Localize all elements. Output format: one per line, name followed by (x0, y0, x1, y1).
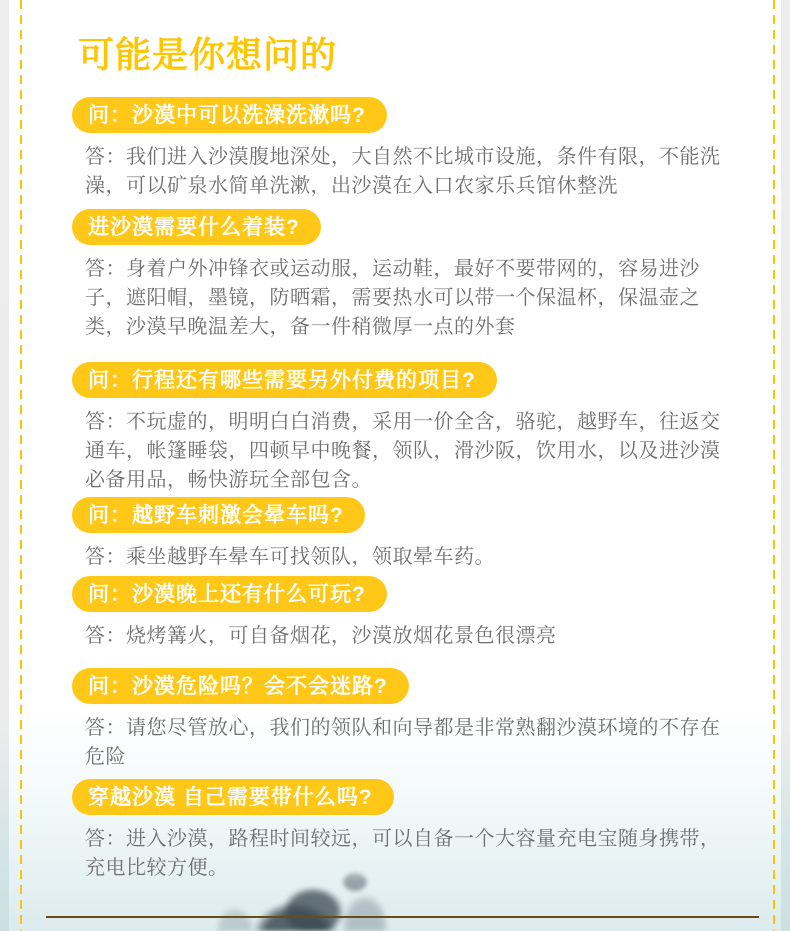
page-title: 可能是你想问的 (78, 27, 337, 78)
question-pill: 问：越野车刺激会晕车吗? (72, 497, 365, 533)
answer-text: 答：身着户外冲锋衣或运动服，运动鞋，最好不要带网的，容易进沙子，遮阳帽，墨镜，防… (85, 255, 730, 342)
question-pill: 问：沙漠危险吗？会不会迷路? (72, 668, 409, 704)
answer-text: 答：我们进入沙漠腹地深处，大自然不比城市设施，条件有限，不能洗澡，可以矿泉水简单… (85, 143, 730, 201)
faq-item: 进沙漠需要什么着装? 答：身着户外冲锋衣或运动服，运动鞋，最好不要带网的，容易进… (0, 209, 790, 342)
faq-item: 问：越野车刺激会晕车吗? 答：乘坐越野车晕车可找领队，领取晕车药。 (0, 497, 790, 572)
answer-text: 答：进入沙漠，路程时间较远，可以自备一个大容量充电宝随身携带，充电比较方便。 (85, 825, 730, 883)
faq-item: 问：沙漠晚上还有什么可玩? 答：烧烤篝火，可自备烟花，沙漠放烟花景色很漂亮 (0, 576, 790, 651)
question-pill: 问：沙漠晚上还有什么可玩? (72, 576, 387, 612)
question-pill: 问：行程还有哪些需要另外付费的项目? (72, 362, 497, 398)
left-margin-strip (0, 0, 9, 931)
answer-text: 答：不玩虚的，明明白白消费，采用一价全含，骆驼，越野车，往返交通车，帐篷睡袋，四… (85, 408, 730, 495)
right-dashed-border (773, 0, 775, 931)
faq-item: 问：沙漠中可以洗澡洗漱吗? 答：我们进入沙漠腹地深处，大自然不比城市设施，条件有… (0, 97, 790, 201)
question-pill: 进沙漠需要什么着装? (72, 209, 321, 245)
question-pill: 穿越沙漠 自己需要带什么吗? (72, 779, 394, 815)
faq-item: 穿越沙漠 自己需要带什么吗? 答：进入沙漠，路程时间较远，可以自备一个大容量充电… (0, 779, 790, 883)
bottom-divider (46, 916, 759, 918)
right-margin-strip (781, 0, 790, 931)
left-dashed-border (20, 0, 22, 931)
answer-text: 答：请您尽管放心，我们的领队和向导都是非常熟翻沙漠环境的不存在危险 (85, 714, 730, 772)
faq-item: 问：沙漠危险吗？会不会迷路? 答：请您尽管放心，我们的领队和向导都是非常熟翻沙漠… (0, 668, 790, 772)
answer-text: 答：烧烤篝火，可自备烟花，沙漠放烟花景色很漂亮 (85, 622, 730, 651)
answer-text: 答：乘坐越野车晕车可找领队，领取晕车药。 (85, 543, 730, 572)
question-pill: 问：沙漠中可以洗澡洗漱吗? (72, 97, 387, 133)
faq-item: 问：行程还有哪些需要另外付费的项目? 答：不玩虚的，明明白白消费，采用一价全含，… (0, 362, 790, 495)
faq-promo-page: 可能是你想问的 问：沙漠中可以洗澡洗漱吗? 答：我们进入沙漠腹地深处，大自然不比… (0, 0, 790, 931)
